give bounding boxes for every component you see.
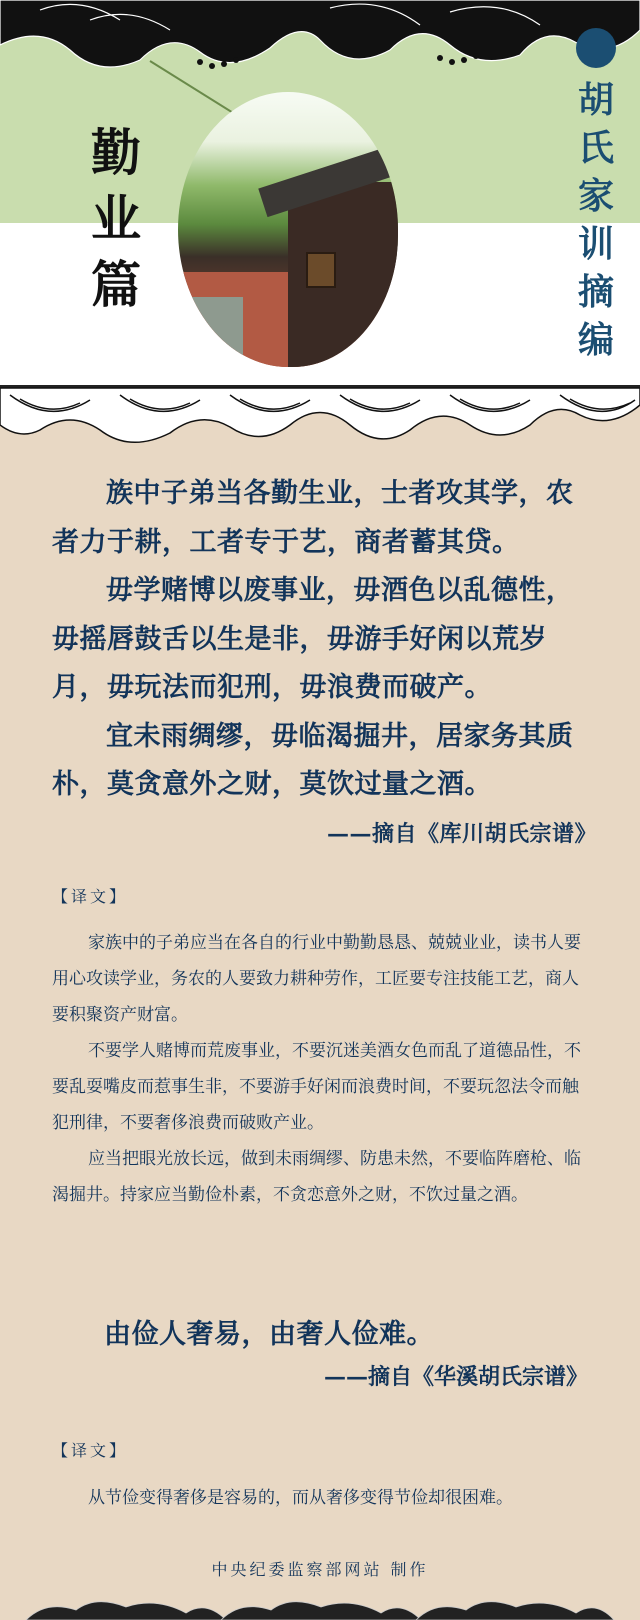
wave-pattern-bottom — [26, 1595, 614, 1620]
excerpt-1-source: ——摘自《库川胡氏宗谱》 — [52, 810, 597, 859]
translation-paragraph: 不要学人赌博而荒废事业，不要沉迷美酒女色而乱了道德品性，不要乱耍嘴皮而惹事生非，… — [52, 1033, 592, 1141]
header-banner: 勤 业 篇 胡 氏 家 训 摘 编 — [0, 0, 640, 385]
series-title: 胡 氏 家 训 摘 编 — [570, 76, 622, 364]
excerpt-1-text: 族中子弟当各勤生业，士者攻其学，农者力于耕，工者专于艺，商者蓄其贷。 毋学赌博以… — [52, 470, 597, 858]
section-title: 勤 业 篇 — [88, 120, 144, 318]
translation-2-text: 从节俭变得奢侈是容易的，而从奢侈变得节俭却很困难。 — [88, 1480, 628, 1516]
ancestral-hall-photo — [178, 92, 398, 367]
footer-credit: 中央纪委监察部网站 制作 — [0, 1557, 640, 1580]
translation-paragraph: 应当把眼光放长远，做到未雨绸缪、防患未然，不要临阵磨枪、临渴掘井。持家应当勤俭朴… — [52, 1141, 592, 1213]
excerpt-2-source: ——摘自《华溪胡氏宗谱》 — [324, 1360, 588, 1391]
wave-pattern-top — [0, 0, 640, 75]
translation-1-text: 家族中的子弟应当在各自的行业中勤勤恳恳、兢兢业业，读书人要用心攻读学业，务农的人… — [52, 925, 592, 1213]
excerpt-1-paragraph: 宜未雨绸缪，毋临渴掘井，居家务其质朴，莫贪意外之财，莫饮过量之酒。 — [52, 713, 597, 810]
translation-label-2: 【译文】 — [52, 1438, 128, 1461]
circle-ornament-icon — [576, 28, 616, 68]
excerpt-2-quote: 由俭人奢易，由奢人俭难。 — [104, 1312, 434, 1351]
translation-paragraph: 家族中的子弟应当在各自的行业中勤勤恳恳、兢兢业业，读书人要用心攻读学业，务农的人… — [52, 925, 592, 1033]
wave-pattern-middle — [0, 385, 640, 455]
excerpt-1-paragraph: 族中子弟当各勤生业，士者攻其学，农者力于耕，工者专于艺，商者蓄其贷。 — [52, 470, 597, 567]
excerpt-1-paragraph: 毋学赌博以废事业，毋酒色以乱德性，毋摇唇鼓舌以生是非，毋游手好闲以荒岁月，毋玩法… — [52, 567, 597, 713]
translation-label-1: 【译文】 — [52, 884, 128, 907]
